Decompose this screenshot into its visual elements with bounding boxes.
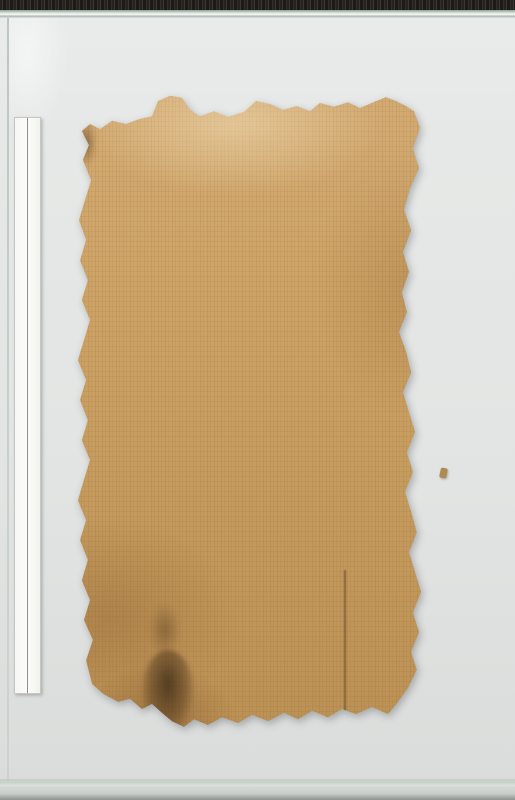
papyrus-fragment [74, 92, 430, 732]
ruler [14, 117, 41, 694]
papyrus-shadow-wrap [74, 92, 430, 732]
edge-stain [76, 120, 96, 166]
papyrus-photograph [0, 0, 515, 800]
frame-top-edge [0, 0, 515, 10]
papyrus-crease [344, 570, 346, 730]
ink-stain [150, 604, 180, 656]
papyrus-speck [439, 467, 448, 478]
ruler-divider [27, 118, 28, 693]
frame-bottom-edge [0, 786, 515, 800]
glass-bottom-edge [0, 779, 515, 786]
ink-stain [142, 650, 194, 734]
glass-top-edge [0, 10, 515, 18]
